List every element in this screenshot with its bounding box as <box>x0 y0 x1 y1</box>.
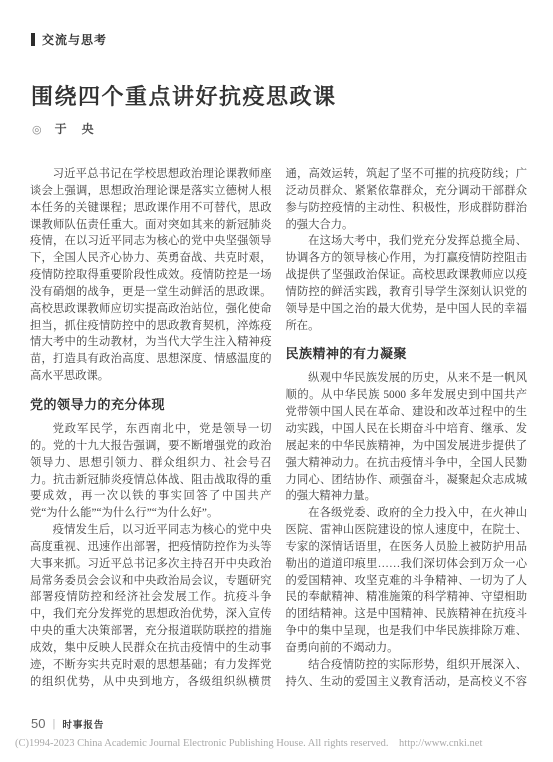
section-name: 交流与思考 <box>42 31 107 48</box>
journal-page: 交流与思考 围绕四个重点讲好抗疫思政课 ◎ 于 央 习近平总书记在学校思想政治理… <box>0 0 553 762</box>
article-paragraph: 党政军民学，东西南北中，党是领导一切的。党的十九大报告强调，要不断增强党的政治领… <box>30 421 272 522</box>
copyright-line: (C)1994-2023 China Academic Journal Elec… <box>15 738 482 749</box>
article-paragraph: 纵观中华民族发展的历史，从来不是一帆风顺的。从中华民族 5000 多年发展史到中… <box>286 370 528 505</box>
footer-pageinfo: 50 | 时事报告 <box>31 716 104 731</box>
article-paragraph: 习近平总书记在学校思想政治理论课教师座谈会上强调，思想政治理论课是落实立德树人根… <box>30 166 272 385</box>
section-marker-bar-icon <box>31 33 35 46</box>
section-heading: 党的领导力的充分体现 <box>30 396 272 414</box>
journal-name: 时事报告 <box>62 717 104 731</box>
article-paragraph: 在这场大考中，我们党充分发挥总揽全局、协调各方的领导核心作用，为打赢疫情防控阻击… <box>286 233 528 334</box>
author-bullet-icon: ◎ <box>32 124 44 136</box>
footer-divider: | <box>52 718 55 730</box>
author-line: ◎ 于 央 <box>32 120 100 137</box>
section-heading: 民族精神的有力凝聚 <box>286 345 528 363</box>
article-body: 习近平总书记在学校思想政治理论课教师座谈会上强调，思想政治理论课是落实立德树人根… <box>30 166 527 695</box>
article-title: 围绕四个重点讲好抗疫思政课 <box>31 80 337 111</box>
author-name: 于 央 <box>55 122 100 136</box>
page-number: 50 <box>31 716 45 731</box>
article-paragraph: 在各级党委、政府的全力投入中，在火神山医院、雷神山医院建设的惊人速度中，在院士、… <box>286 505 528 657</box>
section-header: 交流与思考 <box>31 31 107 48</box>
